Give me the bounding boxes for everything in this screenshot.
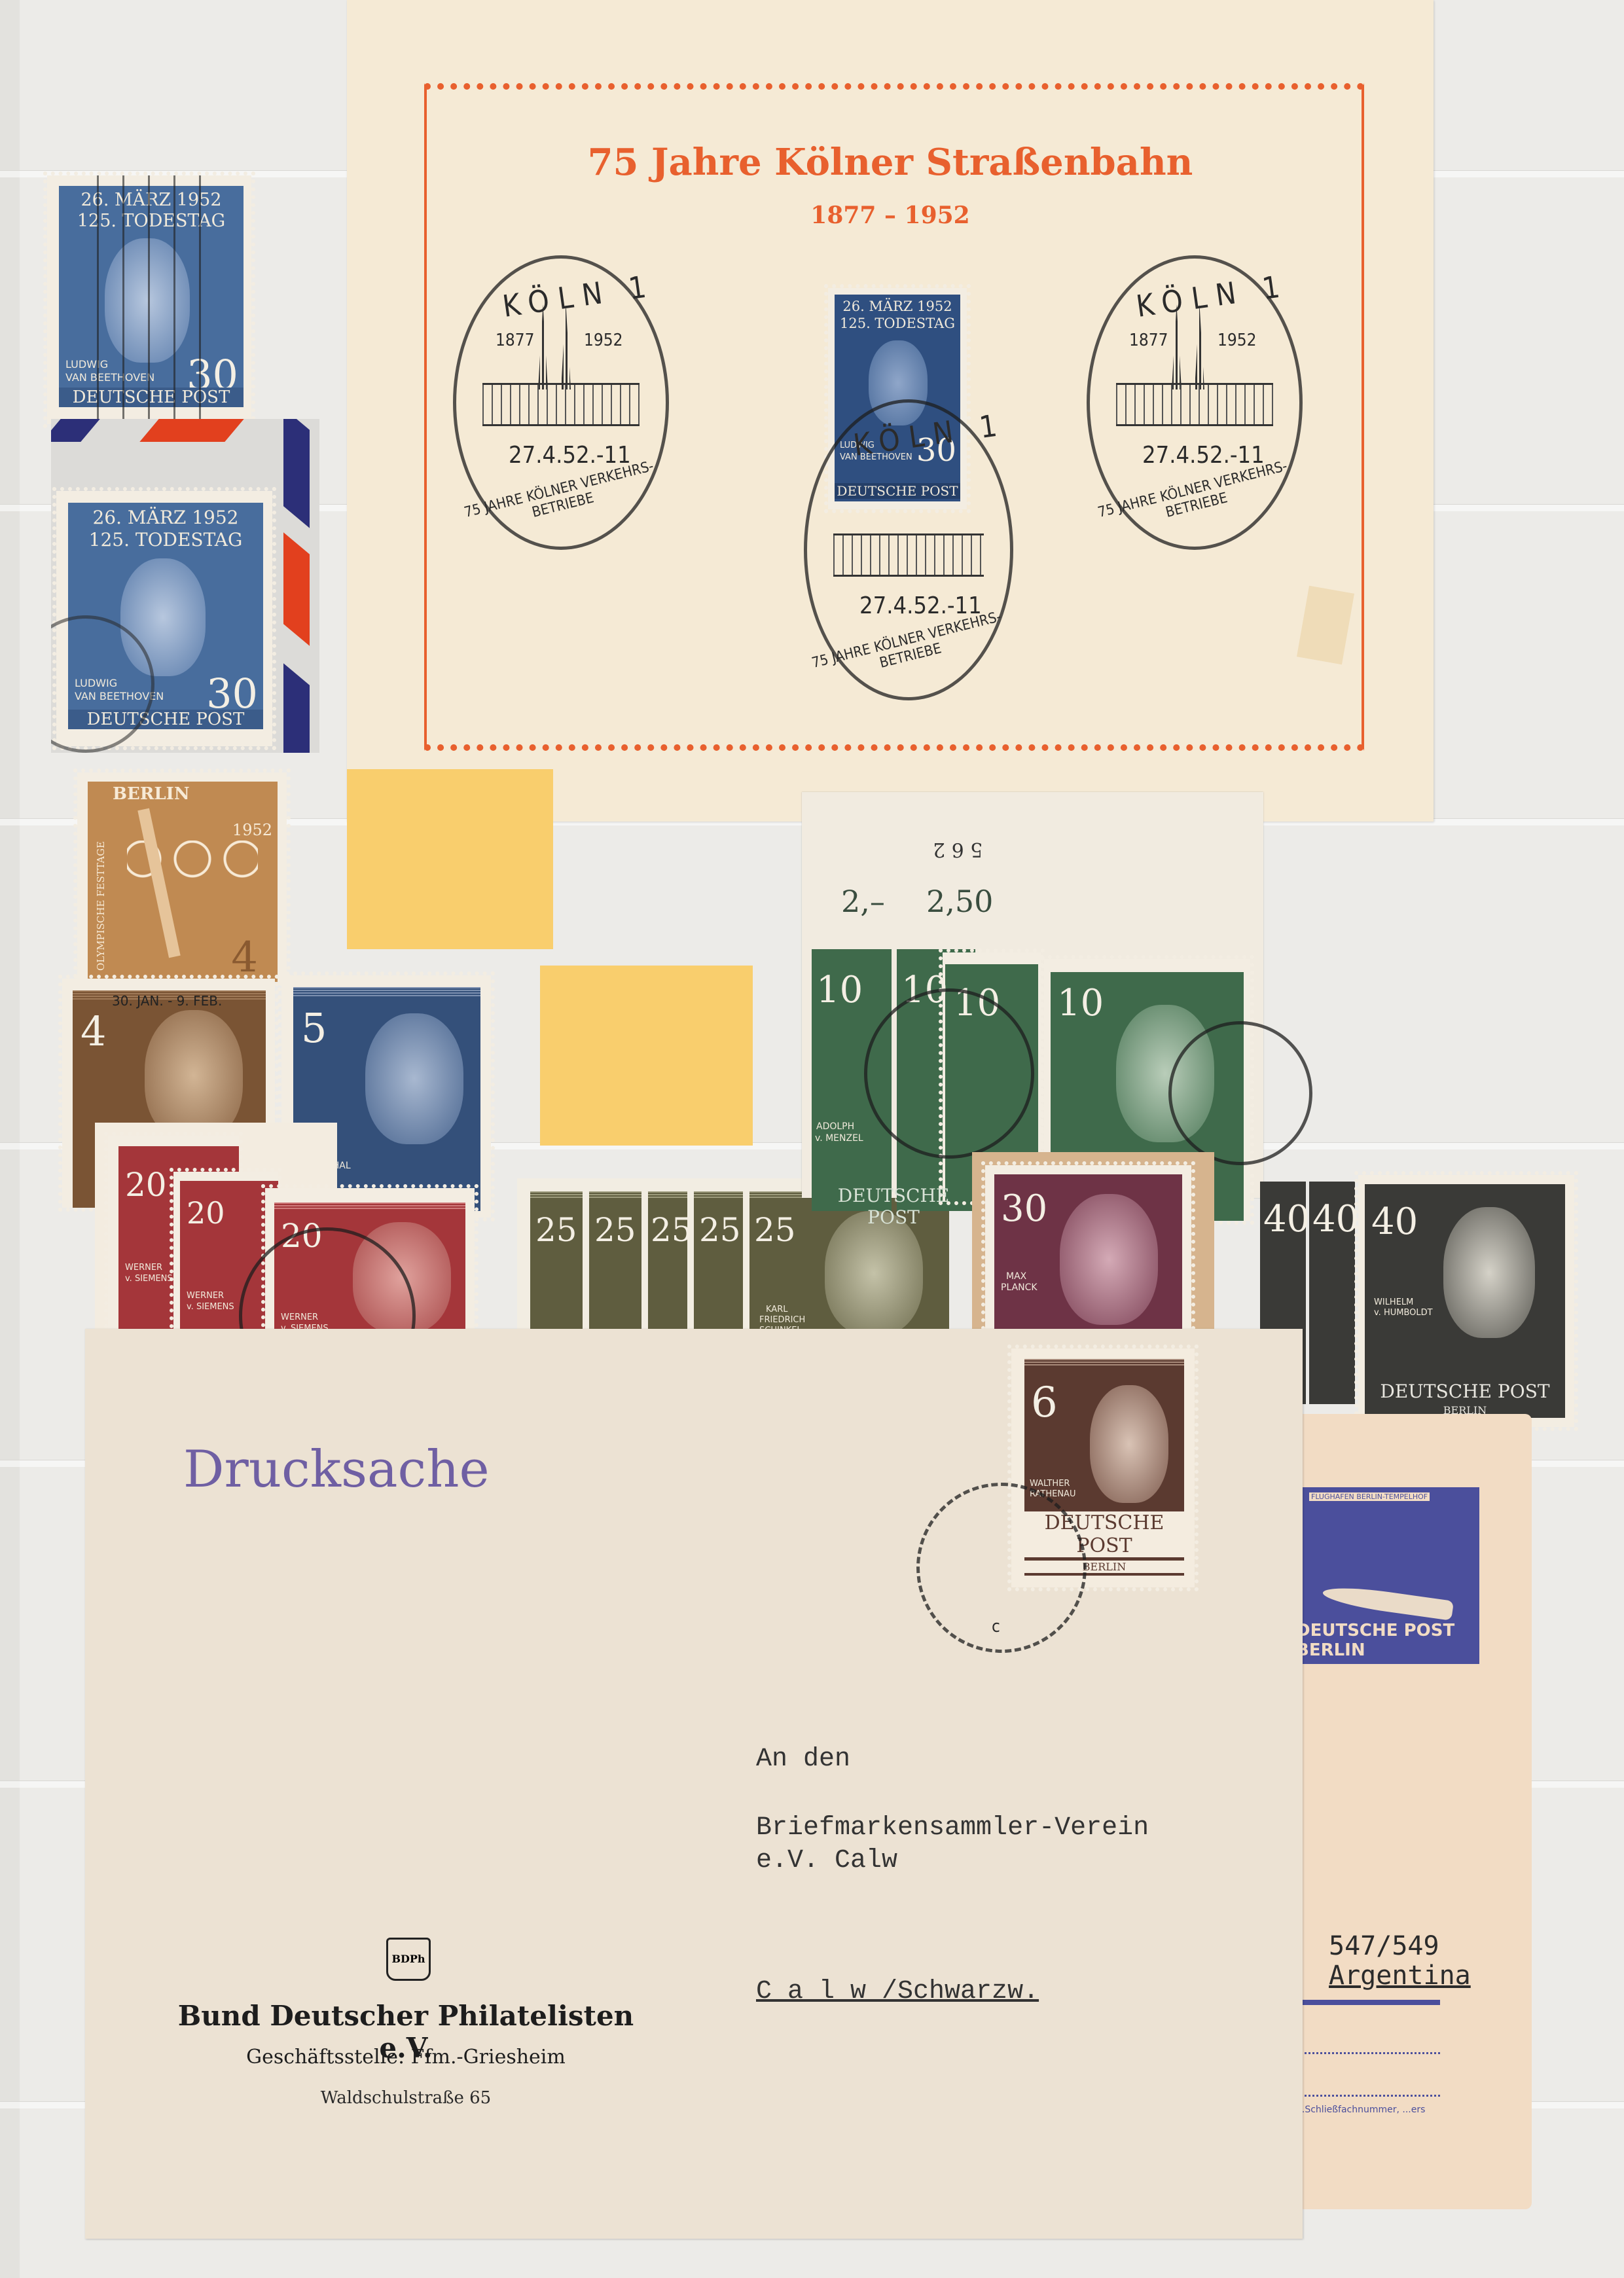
sender-street: Waldschulstraße 65 — [177, 2088, 635, 2108]
postmark-frankfurt-griesheim: c — [916, 1483, 1087, 1653]
postmark-stuttgart — [864, 988, 1034, 1159]
stamp-city: BERLIN — [113, 784, 190, 804]
envelope[interactable]: Drucksache 6 WALTHER RATHENAU DEUTSCHE P… — [85, 1329, 1303, 2239]
perforation-divider — [641, 1185, 648, 1342]
stamp-planck: 30 MAX PLANCK — [985, 1165, 1191, 1342]
imprint-stamp: FLUGHAFEN BERLIN-TEMPELHOF DEUTSCHE POST… — [1296, 1487, 1479, 1664]
postmark-text: 30. JAN. - 9. FEB. — [112, 993, 222, 1009]
tram-icon — [1116, 383, 1273, 426]
perforation-divider — [583, 1185, 589, 1342]
portrait — [1443, 1207, 1535, 1338]
address-line-2: Briefmarkensammler-Verein — [756, 1813, 1149, 1843]
sheet-margin-value-left: 2,– — [841, 884, 885, 919]
dotted-line — [1296, 2052, 1440, 2054]
postmark-center: KÖLN 1 27.4.52.-11 75 JAHRE KÖLNER VERKE… — [804, 399, 1013, 700]
sheet-number: 5 6 2 — [933, 838, 983, 861]
airmail-cutout[interactable]: 26. MÄRZ 1952 125. TODESTAG LUDWIG VAN B… — [51, 419, 319, 753]
portrait — [365, 1013, 463, 1144]
postmark-berlin-wannsee — [1168, 1021, 1312, 1165]
wavy-cancel — [73, 175, 211, 424]
portrait — [145, 1010, 243, 1141]
portrait — [1090, 1385, 1168, 1503]
stamp-siemens-3[interactable]: 20 WERNER v. SIEMENS — [265, 1188, 475, 1339]
planck-piece[interactable]: 30 MAX PLANCK — [972, 1152, 1214, 1342]
postmark-left: KÖLN 1 1877 1952 27.4.52.-11 75 JAHRE KÖ… — [453, 255, 669, 550]
bdph-logo-icon: BDPh — [386, 1938, 431, 1981]
page-binding — [0, 0, 20, 2278]
airplane-icon — [1322, 1583, 1454, 1621]
perforation-divider — [687, 1185, 694, 1342]
tram-icon — [482, 383, 640, 426]
stamp-side-text: OLYMPISCHE FESTTAGE — [95, 801, 107, 971]
address-line-1: An den — [756, 1745, 850, 1774]
postmark-right: KÖLN 1 1877 1952 27.4.52.-11 75 JAHRE KÖ… — [1087, 255, 1303, 550]
humboldt-strip[interactable]: 40 WILHELM v. HUMBOLDT DEUTSCHE POST BER… — [1260, 1175, 1574, 1427]
souvenir-card[interactable]: 75 Jahre Kölner Straßenbahn 1877 – 1952 … — [347, 0, 1434, 822]
stamp-olympic[interactable]: BERLIN OLYMPISCHE FESTTAGE 1952 4 — [77, 772, 287, 982]
sheet-margin-value-right: 2,50 — [926, 884, 993, 919]
yellow-card-pad — [540, 966, 753, 1146]
perforation-divider — [743, 1185, 749, 1342]
card-years: 1877 – 1952 — [347, 202, 1434, 229]
drucksache-label: Drucksache — [183, 1440, 490, 1499]
address-line-blue — [1296, 2000, 1440, 2005]
stamp-beethoven-2[interactable]: 26. MÄRZ 1952 125. TODESTAG LUDWIG VAN B… — [56, 491, 272, 746]
stamp-humboldt: 40 WILHELM v. HUMBOLDT DEUTSCHE POST BER… — [1358, 1175, 1574, 1427]
tram-icon — [833, 533, 984, 577]
sender-office: Geschäftsstelle: Ffm.-Griesheim — [177, 2046, 635, 2069]
dotted-line — [1296, 2095, 1440, 2097]
address-line-4: C a l w /Schwarzw. — [756, 1977, 1039, 2006]
stamp-beethoven-1[interactable]: 26. MÄRZ 1952 125. TODESTAG LUDWIG VAN B… — [47, 175, 251, 424]
portrait — [1060, 1194, 1158, 1325]
postal-stationery-card[interactable]: FLUGHAFEN BERLIN-TEMPELHOF DEUTSCHE POST… — [1296, 1414, 1532, 2209]
address-line-3: e.V. Calw — [756, 1846, 897, 1875]
yellow-card-pad — [347, 769, 553, 949]
card-title: 75 Jahre Kölner Straßenbahn — [347, 141, 1434, 184]
portrait — [825, 1211, 923, 1335]
